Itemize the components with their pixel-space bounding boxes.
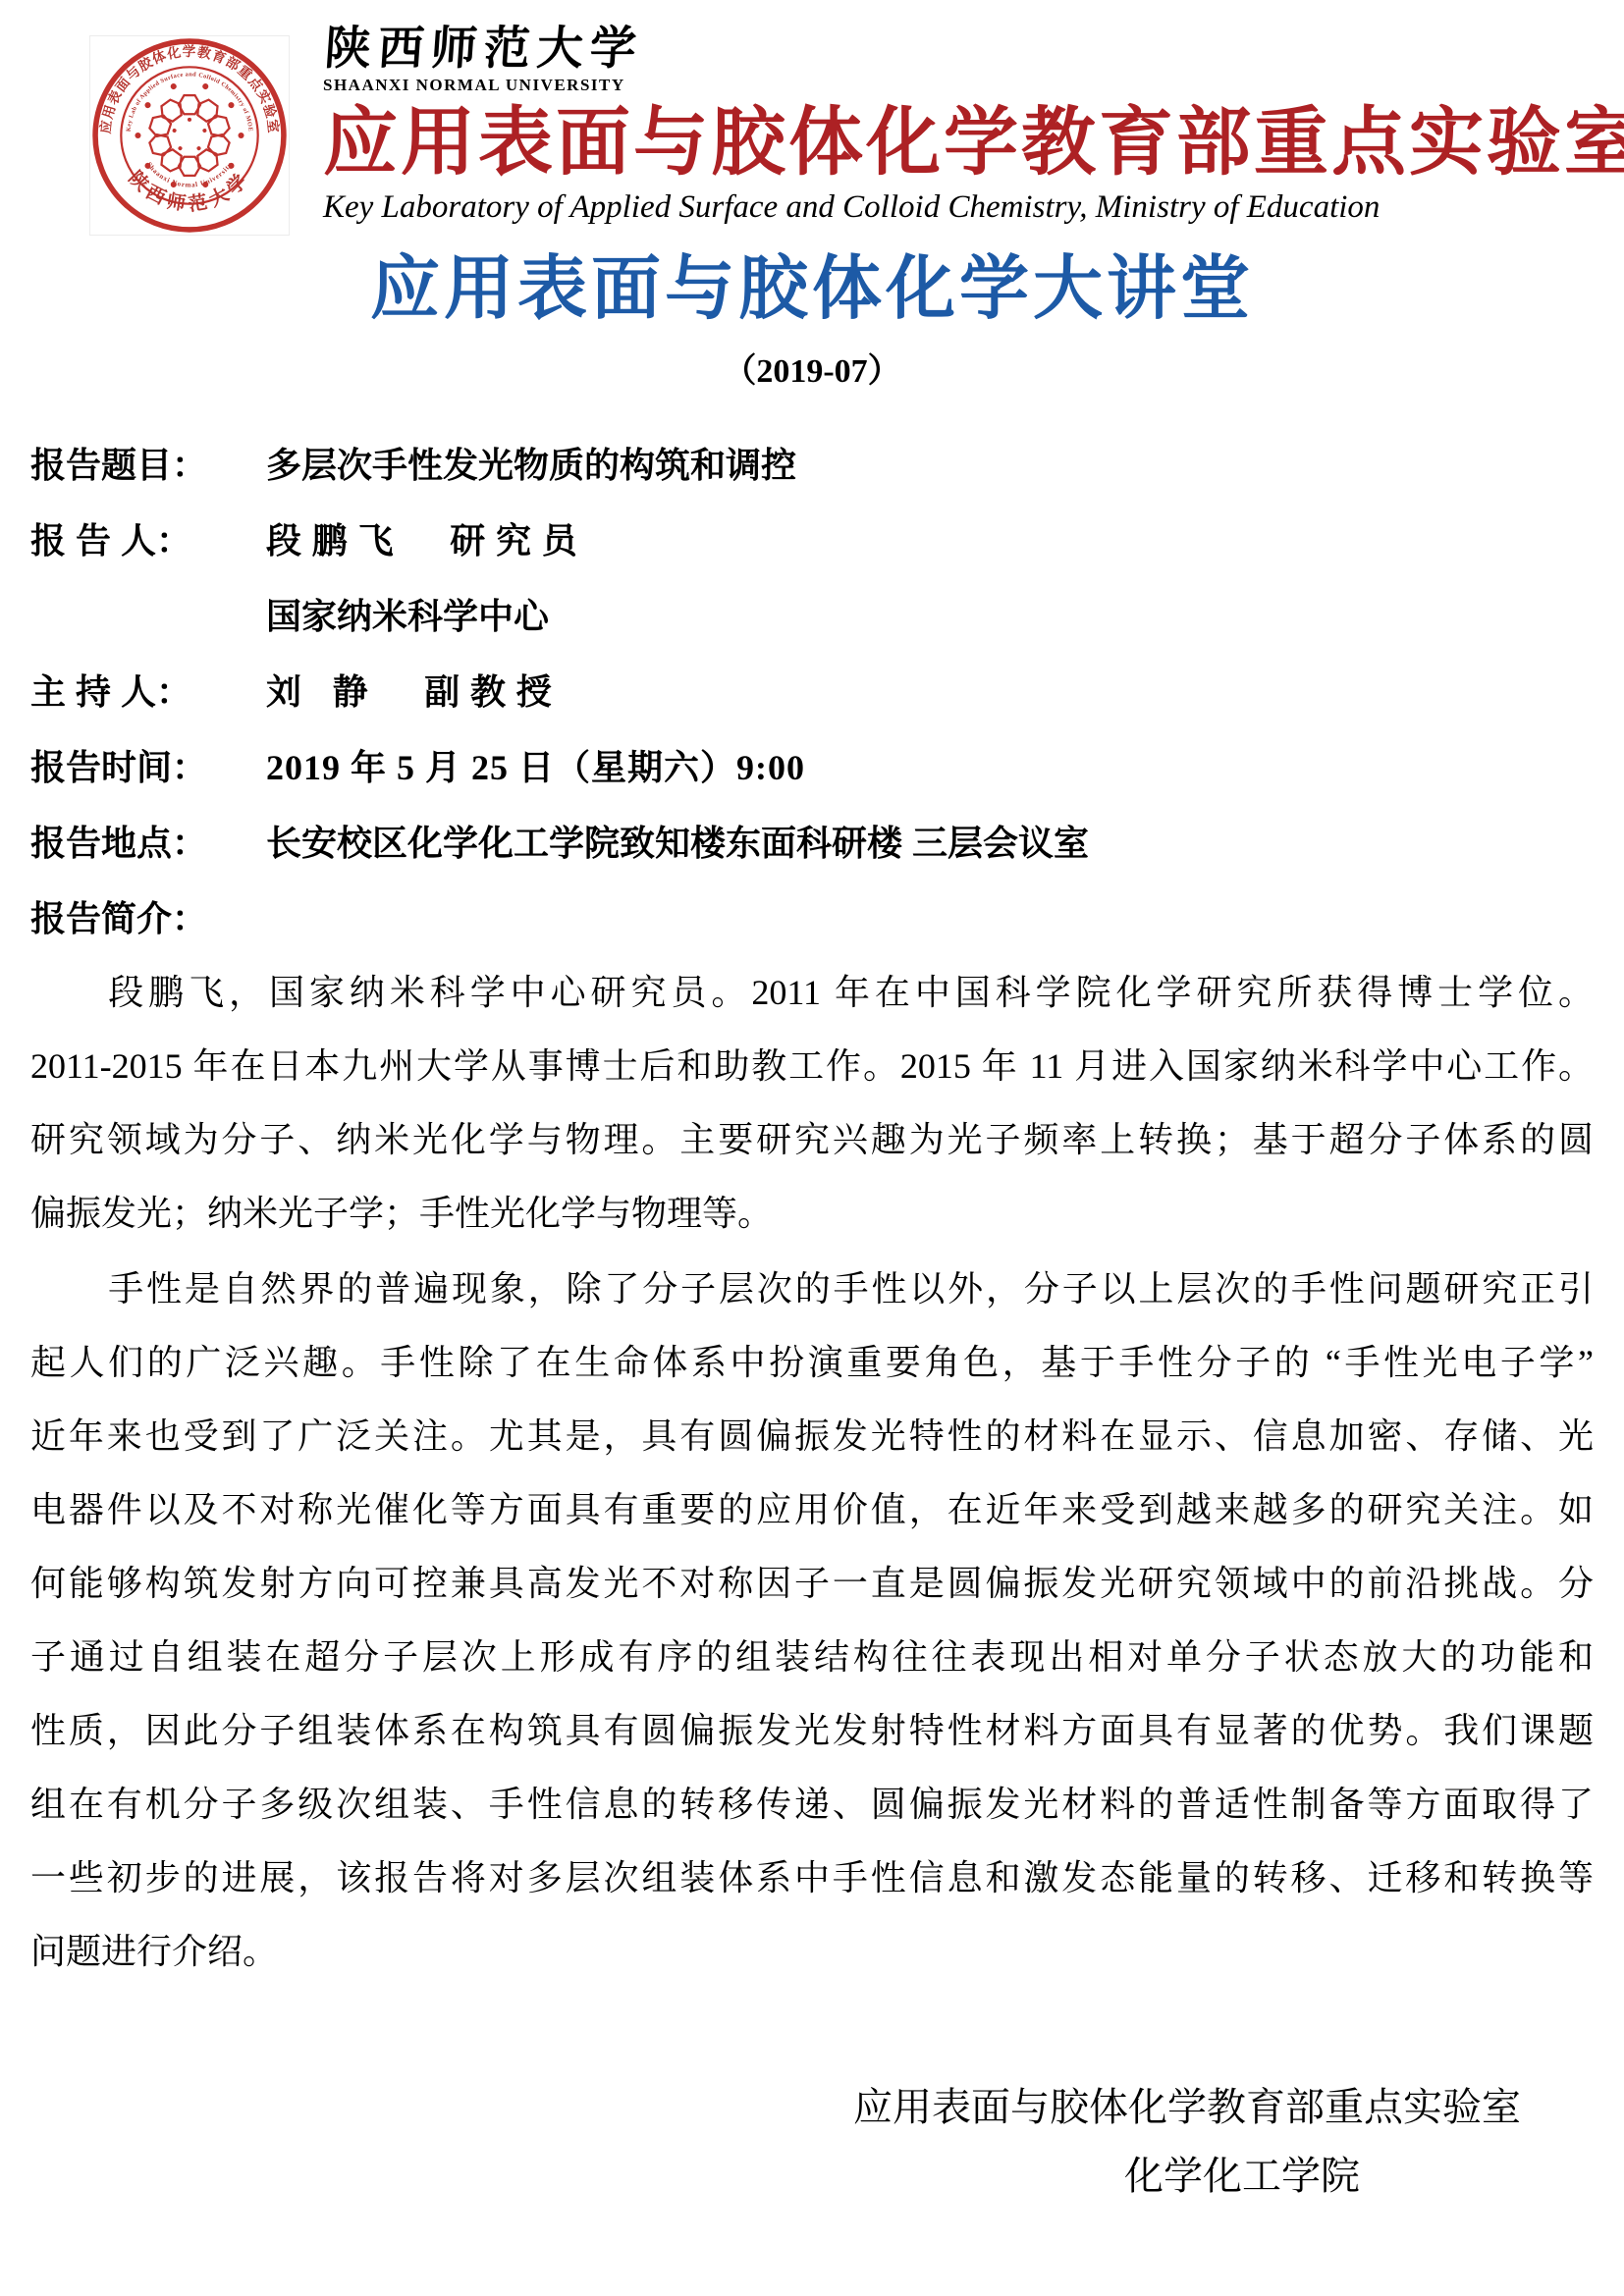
info-row-topic: 报告题目： 多层次手性发光物质的构筑和调控 — [30, 425, 1594, 501]
info-row-location: 报告地点： 长安校区化学化工学院致知楼东面科研楼 三层会议室 — [30, 803, 1594, 879]
abstract-line: 何能够构筑发射方向可控兼具高发光不对称因子一直是圆偏振发光研究领域中的前沿挑战。… — [30, 1547, 1594, 1621]
abstract-line: 近年来也受到了广泛关注。尤其是，具有圆偏振发光特性的材料在显示、信息加密、存储、… — [30, 1400, 1594, 1473]
abstract-line: 组在有机分子多级次组装、手性信息的转移传递、圆偏振发光材料的普适性制备等方面取得… — [30, 1768, 1594, 1842]
info-value-host: 刘 静 副教授 — [266, 665, 563, 715]
info-value-topic: 多层次手性发光物质的构筑和调控 — [266, 438, 796, 488]
info-label-topic: 报告题目： — [30, 438, 266, 488]
abstract-line: 子通过自组装在超分子层次上形成有序的组装结构往往表现出相对单分子状态放大的功能和 — [30, 1621, 1594, 1694]
info-label-speaker: 报 告 人： — [30, 513, 266, 563]
lab-title-en: Key Laboratory of Applied Surface and Co… — [323, 189, 1594, 226]
abstract-line: 一些初步的进展，该报告将对多层次组装体系中手性信息和激发态能量的转移、迁移和转换… — [30, 1842, 1594, 1915]
abstract-label: 报告简介： — [30, 891, 266, 941]
abstract-line: 性质，因此分子组装体系在构筑具有圆偏振发光发射特性材料方面具有显著的优势。我们课… — [30, 1694, 1594, 1768]
info-label-location: 报告地点： — [30, 816, 266, 866]
abstract-line: 研究领域为分子、纳米光化学与物理。主要研究兴趣为光子频率上转换；基于超分子体系的… — [30, 1103, 1594, 1177]
info-value-location: 长安校区化学化工学院致知楼东面科研楼 三层会议室 — [266, 816, 1089, 866]
info-value-affiliation: 国家纳米科学中心 — [266, 589, 549, 639]
abstract-line: 段鹏飞，国家纳米科学中心研究员。2011 年在中国科学院化学研究所获得博士学位。 — [30, 956, 1594, 1030]
lecture-series-title: 应用表面与胶体化学大讲堂 — [30, 251, 1594, 328]
abstract-line: 2011-2015 年在日本九州大学从事博士后和助教工作。2015 年 11 月… — [30, 1030, 1594, 1103]
header-text-block: 陕西师范大学 SHAANXI NORMAL UNIVERSITY 应用表面与胶体… — [323, 26, 1594, 226]
university-name-cn: 陕西师范大学 — [323, 26, 1597, 74]
footer-signature: 应用表面与胶体化学教育部重点实验室 化学化工学院 — [30, 2073, 1594, 2211]
info-row-host: 主 持 人： 刘 静 副教授 — [30, 652, 1594, 727]
abstract-paragraph-talk: 手性是自然界的普遍现象，除了分子层次的手性以外，分子以上层次的手性问题研究正引 … — [30, 1253, 1594, 1989]
info-label-time: 报告时间： — [30, 740, 266, 790]
footer-lab-name: 应用表面与胶体化学教育部重点实验室 — [30, 2073, 1594, 2142]
abstract-line: 问题进行介绍。 — [30, 1915, 1594, 1989]
university-name-en: SHAANXI NORMAL UNIVERSITY — [323, 76, 1594, 95]
lab-title-cn: 应用表面与胶体化学教育部重点实验室 — [323, 103, 1594, 184]
info-row-abstract-label: 报告简介： — [30, 879, 1594, 954]
info-row-time: 报告时间： 2019 年 5 月 25 日（星期六）9:00 — [30, 727, 1594, 803]
info-value-time: 2019 年 5 月 25 日（星期六）9:00 — [266, 740, 805, 790]
info-row-affiliation: 国家纳米科学中心 — [30, 576, 1594, 652]
info-label-host: 主 持 人： — [30, 665, 266, 715]
abstract-line: 电器件以及不对称光催化等方面具有重要的应用价值，在近年来受到越来越多的研究关注。… — [30, 1473, 1594, 1547]
header: 应用表面与胶体化学教育部重点实验室 陕西师范大学 Key Lab of Appl… — [30, 26, 1594, 236]
footer-school-name: 化学化工学院 — [30, 2142, 1594, 2211]
abstract-paragraph-bio: 段鹏飞，国家纳米科学中心研究员。2011 年在中国科学院化学研究所获得博士学位。… — [30, 956, 1594, 1251]
abstract-line: 手性是自然界的普遍现象，除了分子层次的手性以外，分子以上层次的手性问题研究正引 — [30, 1253, 1594, 1326]
info-value-speaker: 段鹏飞 研究员 — [266, 513, 588, 563]
info-row-speaker: 报 告 人： 段鹏飞 研究员 — [30, 501, 1594, 576]
lab-seal-icon: 应用表面与胶体化学教育部重点实验室 陕西师范大学 Key Lab of Appl… — [89, 35, 290, 236]
info-section: 报告题目： 多层次手性发光物质的构筑和调控 报 告 人： 段鹏飞 研究员 国家纳… — [30, 425, 1594, 954]
abstract-line: 偏振发光；纳米光子学；手性光化学与物理等。 — [30, 1177, 1594, 1251]
lab-seal-logo: 应用表面与胶体化学教育部重点实验室 陕西师范大学 Key Lab of Appl… — [89, 35, 290, 236]
abstract-line: 起人们的广泛兴趣。手性除了在生命体系中扮演重要角色，基于手性分子的 “手性光电子… — [30, 1326, 1594, 1400]
issue-number: （2019-07） — [30, 344, 1594, 392]
seminar-poster-page: 应用表面与胶体化学教育部重点实验室 陕西师范大学 Key Lab of Appl… — [0, 0, 1624, 2296]
